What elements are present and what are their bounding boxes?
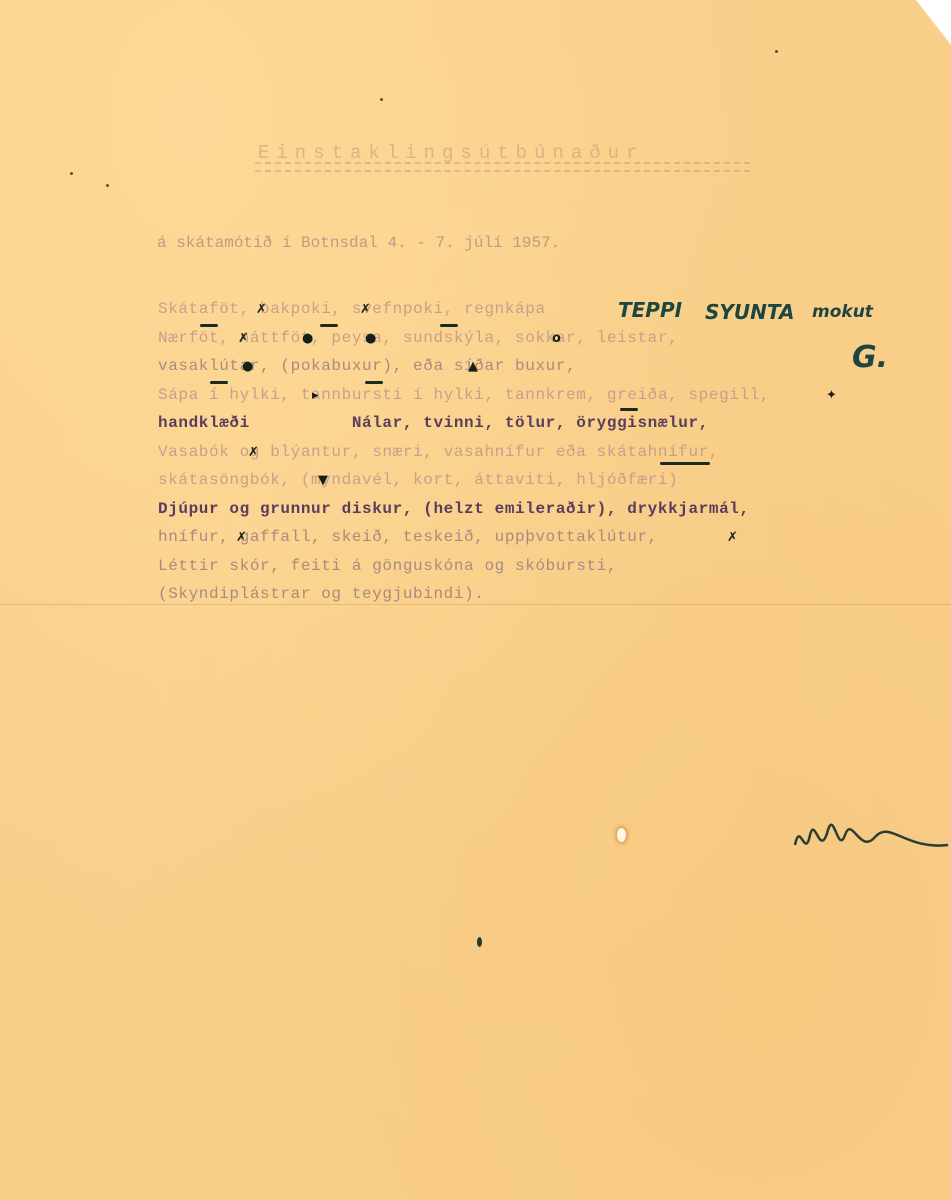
check-mark: ✗ bbox=[360, 302, 371, 317]
tick-underline bbox=[620, 408, 638, 411]
check-mark: ● bbox=[365, 331, 376, 346]
title-underline bbox=[255, 162, 750, 172]
list-line-8: Djúpur og grunnur diskur, (helzt emilera… bbox=[158, 500, 750, 518]
list-line-5: handklæði Nálar, tvinni, tölur, öryggisn… bbox=[158, 414, 709, 432]
document-title: Einstaklingsútbúnaður bbox=[258, 142, 644, 164]
list-line-2: Nærföt, náttföt, peysa, sundskýla, sokka… bbox=[158, 329, 678, 347]
check-mark: ✗ bbox=[238, 331, 249, 346]
paper-speck bbox=[106, 184, 109, 187]
tick-underline bbox=[210, 381, 228, 384]
handwritten-addition-teppi: TEPPI bbox=[618, 298, 682, 322]
check-mark: ▸ bbox=[312, 388, 319, 403]
list-line-3: vasaklútar, (pokabuxur), eða síðar buxur… bbox=[158, 357, 576, 375]
tick-underline bbox=[320, 324, 338, 327]
document-subtitle: á skátamótið í Botnsdal 4. - 7. júlí 195… bbox=[157, 234, 560, 252]
check-mark: ✗ bbox=[236, 530, 247, 545]
check-mark: ✗ bbox=[248, 445, 259, 460]
folded-corner bbox=[916, 0, 951, 45]
paper-hole bbox=[617, 828, 626, 842]
check-mark: ✦ bbox=[826, 388, 837, 403]
paper-speck bbox=[380, 98, 383, 101]
check-mark: ● bbox=[302, 331, 313, 346]
handwritten-initial: G. bbox=[852, 340, 888, 375]
list-line-7: skátasöngbók, (myndavél, kort, áttaviti,… bbox=[158, 471, 678, 489]
list-line-1: Skátaföt, bakpoki, svefnpoki, regnkápa bbox=[158, 300, 546, 318]
check-mark: ● bbox=[242, 359, 253, 374]
paper-speck bbox=[70, 172, 73, 175]
tick-underline bbox=[660, 462, 710, 465]
list-line-4: Sápa í hylki, tannbursti í hylki, tannkr… bbox=[158, 386, 770, 404]
check-mark: ▲ bbox=[468, 359, 478, 374]
handwritten-addition-syunta: SYUNTA bbox=[705, 300, 794, 324]
list-line-9: hnífur, gaffall, skeið, teskeið, uppþvot… bbox=[158, 528, 658, 546]
check-mark: o bbox=[552, 331, 561, 346]
check-mark: ✗ bbox=[727, 530, 738, 545]
list-line-10: Léttir skór, feiti á gönguskóna og skóbu… bbox=[158, 557, 617, 575]
check-mark: ✗ bbox=[256, 302, 267, 317]
ink-dot bbox=[477, 937, 482, 947]
paper-speck bbox=[775, 50, 778, 53]
signature-scribble bbox=[790, 815, 950, 865]
check-mark: ▼ bbox=[318, 473, 328, 488]
paper-fold-line bbox=[0, 604, 951, 605]
list-line-11: (Skyndiplástrar og teygjubindi). bbox=[158, 585, 484, 603]
list-line-6: Vasabók og blýantur, snæri, vasahnífur e… bbox=[158, 443, 719, 461]
tick-underline bbox=[200, 324, 218, 327]
handwritten-addition-mokut: mokut bbox=[812, 302, 873, 322]
tick-underline bbox=[440, 324, 458, 327]
tick-underline bbox=[365, 381, 383, 384]
